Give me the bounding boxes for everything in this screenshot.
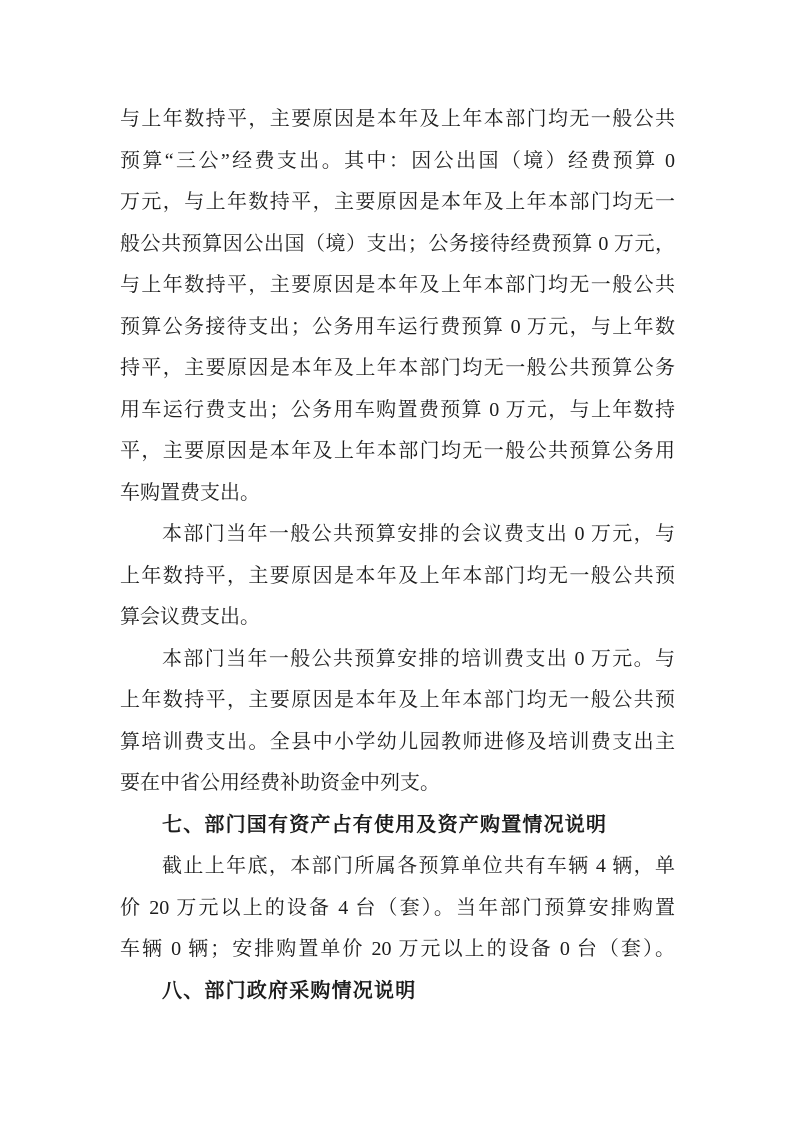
text-line: 上年数持平，主要原因是本年及上年本部门均无一般公共预 xyxy=(120,680,675,722)
text-line: 万元，与上年数持平，主要原因是本年及上年本部门均无一 xyxy=(120,182,675,224)
paragraph: 本部门当年一般公共预算安排的培训费支出 0 万元。与上年数持平，主要原因是本年及… xyxy=(120,639,675,805)
text-line: 上年数持平，主要原因是本年及上年本部门均无一般公共预 xyxy=(120,556,675,598)
text-line: 持平，主要原因是本年及上年本部门均无一般公共预算公务 xyxy=(120,348,675,390)
text-line: 截止上年底，本部门所属各预算单位共有车辆 4 辆，单 xyxy=(120,846,675,888)
text-line: 价 20 万元以上的设备 4 台（套）。当年部门预算安排购置 xyxy=(120,888,675,930)
text-line: 本部门当年一般公共预算安排的会议费支出 0 万元，与 xyxy=(120,514,675,556)
text-line: 车购置费支出。 xyxy=(120,473,675,515)
document-body: 与上年数持平，主要原因是本年及上年本部门均无一般公共预算“三公”经费支出。其中：… xyxy=(120,99,675,1012)
section-heading-8: 八、部门政府采购情况说明 xyxy=(120,971,675,1013)
text-line: 要在中省公用经费补助资金中列支。 xyxy=(120,763,675,805)
text-line: 预算“三公”经费支出。其中：因公出国（境）经费预算 0 xyxy=(120,141,675,183)
text-line: 平，主要原因是本年及上年本部门均无一般公共预算公务用 xyxy=(120,431,675,473)
document-page: 与上年数持平，主要原因是本年及上年本部门均无一般公共预算“三公”经费支出。其中：… xyxy=(0,0,793,1122)
text-line: 算会议费支出。 xyxy=(120,597,675,639)
text-line: 般公共预算因公出国（境）支出；公务接待经费预算 0 万元， xyxy=(120,224,675,266)
text-line: 车辆 0 辆；安排购置单价 20 万元以上的设备 0 台（套）。 xyxy=(120,929,675,971)
text-line: 预算公务接待支出；公务用车运行费预算 0 万元，与上年数 xyxy=(120,307,675,349)
paragraph: 本部门当年一般公共预算安排的会议费支出 0 万元，与上年数持平，主要原因是本年及… xyxy=(120,514,675,639)
section-heading-7: 七、部门国有资产占有使用及资产购置情况说明 xyxy=(120,805,675,847)
paragraph: 截止上年底，本部门所属各预算单位共有车辆 4 辆，单价 20 万元以上的设备 4… xyxy=(120,846,675,971)
text-line: 用车运行费支出；公务用车购置费预算 0 万元，与上年数持 xyxy=(120,390,675,432)
text-line: 与上年数持平，主要原因是本年及上年本部门均无一般公共 xyxy=(120,99,675,141)
text-line: 与上年数持平，主要原因是本年及上年本部门均无一般公共 xyxy=(120,265,675,307)
paragraph: 与上年数持平，主要原因是本年及上年本部门均无一般公共预算“三公”经费支出。其中：… xyxy=(120,99,675,514)
text-line: 本部门当年一般公共预算安排的培训费支出 0 万元。与 xyxy=(120,639,675,681)
text-line: 算培训费支出。全县中小学幼儿园教师进修及培训费支出主 xyxy=(120,722,675,764)
